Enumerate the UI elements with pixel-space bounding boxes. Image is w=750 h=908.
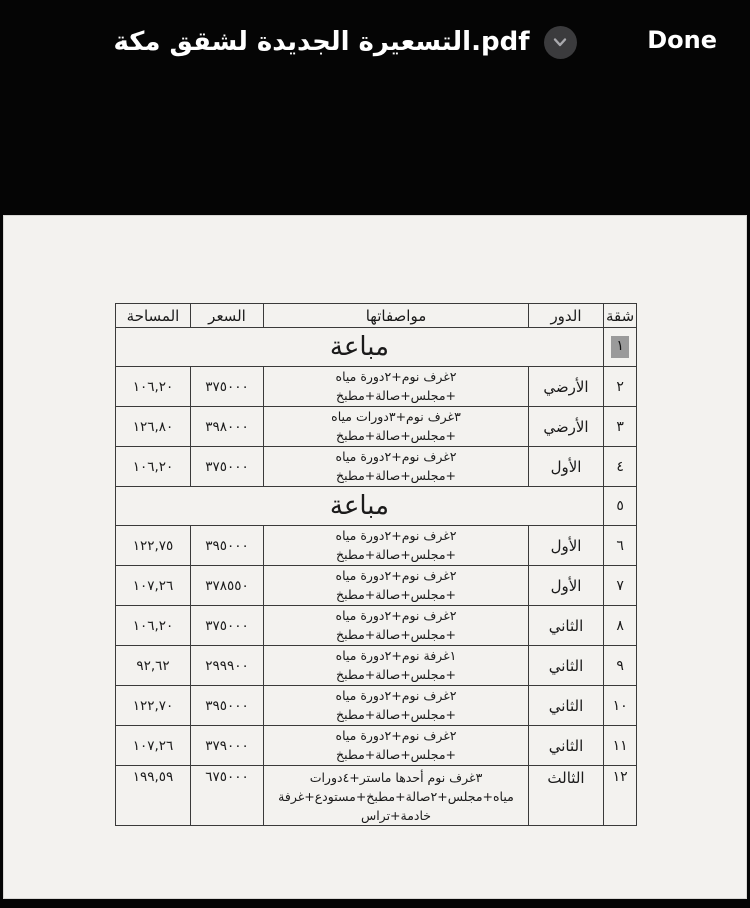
specifications-cell: ٢غرف نوم+٢دورة مياه +مجلس+صالة+مطبخ <box>264 686 529 726</box>
table-row: ٨الثاني٢غرف نوم+٢دورة مياه +مجلس+صالة+مط… <box>116 606 637 646</box>
price-cell: ٣٩٥٠٠٠ <box>191 686 264 726</box>
document-title-row: التسعيرة الجديدة لشقق مكة.pdf <box>60 16 630 68</box>
table-row: ١٢الثالث٣غرف نوم أحدها ماستر+٤دورات مياه… <box>116 766 637 826</box>
done-button[interactable]: Done <box>647 26 717 54</box>
price-cell: ٣٧٨٥٥٠ <box>191 566 264 606</box>
area-cell: ١٢٦,٨٠ <box>116 407 191 447</box>
pdf-viewer-topbar: التسعيرة الجديدة لشقق مكة.pdf Done <box>0 0 750 215</box>
apartment-number-cell: ٢ <box>604 367 637 407</box>
specifications-cell: ٢غرف نوم+٢دورة مياه +مجلس+صالة+مطبخ <box>264 447 529 487</box>
table-row: ٥مباعة <box>116 487 637 526</box>
apartment-number-cell: ١ <box>604 328 637 367</box>
area-cell: ١٩٩,٥٩ <box>116 766 191 826</box>
floor-cell: الثاني <box>529 686 604 726</box>
price-cell: ٦٧٥٠٠٠ <box>191 766 264 826</box>
sold-cell: مباعة <box>116 487 604 526</box>
floor-cell: الأول <box>529 526 604 566</box>
header-floor: الدور <box>529 304 604 328</box>
price-cell: ٣٧٥٠٠٠ <box>191 447 264 487</box>
header-apartment: شقة <box>604 304 637 328</box>
area-cell: ١٢٢,٧٥ <box>116 526 191 566</box>
apartment-number-cell: ٥ <box>604 487 637 526</box>
header-price: السعر <box>191 304 264 328</box>
price-cell: ٣٩٨٠٠٠ <box>191 407 264 447</box>
floor-cell: الأرضي <box>529 367 604 407</box>
price-cell: ٣٧٩٠٠٠ <box>191 726 264 766</box>
floor-cell: الثالث <box>529 766 604 826</box>
apartment-number-cell: ١١ <box>604 726 637 766</box>
floor-cell: الثاني <box>529 726 604 766</box>
specifications-cell: ٣غرف نوم+٣دورات مياه +مجلس+صالة+مطبخ <box>264 407 529 447</box>
search-highlight: ١ <box>611 336 629 358</box>
floor-cell: الثاني <box>529 606 604 646</box>
area-cell: ١٠٦,٢٠ <box>116 367 191 407</box>
specifications-cell: ١غرفة نوم+٢دورة مياه +مجلس+صالة+مطبخ <box>264 646 529 686</box>
price-cell: ٣٩٥٠٠٠ <box>191 526 264 566</box>
table-row: ٢الأرضي٢غرف نوم+٢دورة مياه +مجلس+صالة+مط… <box>116 367 637 407</box>
table-row: ٤الأول٢غرف نوم+٢دورة مياه +مجلس+صالة+مطب… <box>116 447 637 487</box>
area-cell: ٩٢,٦٢ <box>116 646 191 686</box>
apartment-number-cell: ١٠ <box>604 686 637 726</box>
specifications-cell: ٢غرف نوم+٢دورة مياه +مجلس+صالة+مطبخ <box>264 606 529 646</box>
header-area: المساحة <box>116 304 191 328</box>
specifications-cell: ٣غرف نوم أحدها ماستر+٤دورات مياه+مجلس+٢ص… <box>264 766 529 826</box>
specifications-cell: ٢غرف نوم+٢دورة مياه +مجلس+صالة+مطبخ <box>264 726 529 766</box>
specifications-cell: ٢غرف نوم+٢دورة مياه +مجلس+صالة+مطبخ <box>264 526 529 566</box>
table-row: ١٠الثاني٢غرف نوم+٢دورة مياه +مجلس+صالة+م… <box>116 686 637 726</box>
chevron-down-icon[interactable] <box>544 26 577 59</box>
area-cell: ١٠٦,٢٠ <box>116 447 191 487</box>
apartment-number-cell: ١٢ <box>604 766 637 826</box>
table-row: ٧الأول٢غرف نوم+٢دورة مياه +مجلس+صالة+مطب… <box>116 566 637 606</box>
area-cell: ١٠٦,٢٠ <box>116 606 191 646</box>
specifications-cell: ٢غرف نوم+٢دورة مياه +مجلس+صالة+مطبخ <box>264 566 529 606</box>
table-row: ٩الثاني١غرفة نوم+٢دورة مياه +مجلس+صالة+م… <box>116 646 637 686</box>
pdf-page: شقة الدور مواصفاتها السعر المساحة ١مباعة… <box>3 215 747 899</box>
specifications-cell: ٢غرف نوم+٢دورة مياه +مجلس+صالة+مطبخ <box>264 367 529 407</box>
price-cell: ٣٧٥٠٠٠ <box>191 367 264 407</box>
sold-cell: مباعة <box>116 328 604 367</box>
floor-cell: الأول <box>529 566 604 606</box>
apartment-number-cell: ٤ <box>604 447 637 487</box>
apartment-number-cell: ٩ <box>604 646 637 686</box>
table-row: ١مباعة <box>116 328 637 367</box>
table-header-row: شقة الدور مواصفاتها السعر المساحة <box>116 304 637 328</box>
apartment-number-cell: ٦ <box>604 526 637 566</box>
price-cell: ٢٩٩٩٠٠ <box>191 646 264 686</box>
header-specifications: مواصفاتها <box>264 304 529 328</box>
apartment-number-cell: ٨ <box>604 606 637 646</box>
area-cell: ١٠٧,٢٦ <box>116 726 191 766</box>
price-cell: ٣٧٥٠٠٠ <box>191 606 264 646</box>
table-row: ٣الأرضي٣غرف نوم+٣دورات مياه +مجلس+صالة+م… <box>116 407 637 447</box>
area-cell: ١٢٢,٧٠ <box>116 686 191 726</box>
area-cell: ١٠٧,٢٦ <box>116 566 191 606</box>
floor-cell: الأول <box>529 447 604 487</box>
apartment-number-cell: ٧ <box>604 566 637 606</box>
apartment-number-cell: ٣ <box>604 407 637 447</box>
apartment-pricing-table: شقة الدور مواصفاتها السعر المساحة ١مباعة… <box>115 303 637 826</box>
table-row: ٦الأول٢غرف نوم+٢دورة مياه +مجلس+صالة+مطب… <box>116 526 637 566</box>
pdf-filename: التسعيرة الجديدة لشقق مكة.pdf <box>113 27 529 57</box>
floor-cell: الأرضي <box>529 407 604 447</box>
table-row: ١١الثاني٢غرف نوم+٢دورة مياه +مجلس+صالة+م… <box>116 726 637 766</box>
floor-cell: الثاني <box>529 646 604 686</box>
